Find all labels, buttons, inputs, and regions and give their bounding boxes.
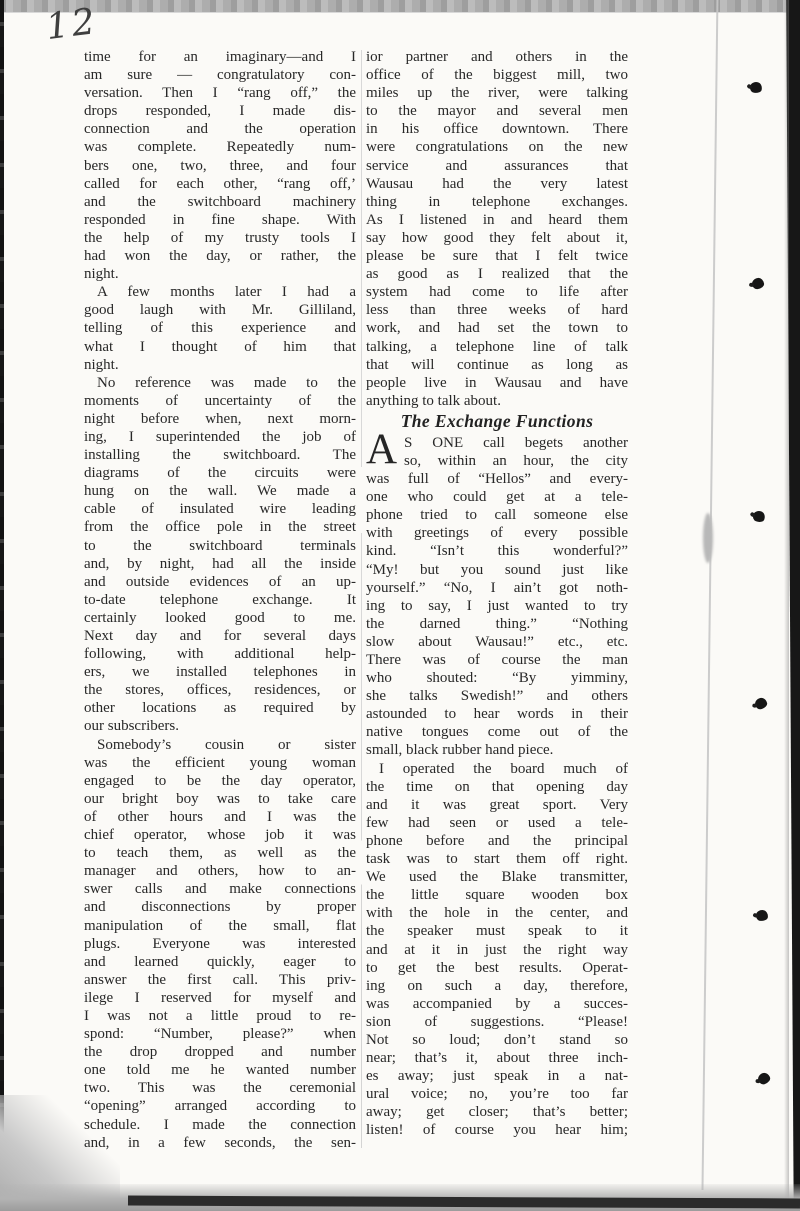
text-line: were congratulations on the new (366, 138, 628, 156)
text-line: es away; just speak in a nat- (366, 1067, 628, 1085)
text-line: what I thought of him that (84, 338, 356, 356)
text-line: with the hole in the center, and (366, 904, 628, 922)
text-line: few had seen or used a tele- (366, 814, 628, 832)
text-line: say how good they felt about it, (366, 229, 628, 247)
text-line: good laugh with Mr. Gilliland, (84, 301, 356, 319)
text-line: following, with additional help- (84, 645, 356, 663)
text-line: she talks Swedish!” and others (366, 687, 628, 705)
text-line: manipulation of the small, flat (84, 917, 356, 935)
text-line: and disconnections by proper (84, 898, 356, 916)
text-line: near; that’s it, about three inch- (366, 1049, 628, 1067)
text-line: please be sure that I felt twice (366, 247, 628, 265)
text-line: spond: “Number, please?” when (84, 1025, 356, 1043)
text-line: listen! of course you hear him; (366, 1121, 628, 1139)
text-line: manager and others, how to an- (84, 862, 356, 880)
drop-cap-letter: A (366, 433, 402, 467)
text-line: the stores, offices, residences, or (84, 681, 356, 699)
text-line: We used the Blake transmitter, (366, 868, 628, 886)
ink-spot (756, 909, 769, 921)
text-line: As I listened in and heard them (366, 211, 628, 229)
text-line: to-date telephone exchange. It (84, 591, 356, 609)
text-line: talking, a telephone line of talk (366, 338, 628, 356)
page-edge-smudge (703, 513, 713, 563)
text-line: ing on such a day, therefore, (366, 977, 628, 995)
text-line: one told me he wanted number (84, 1061, 356, 1079)
scanned-document-page: { "page": { "number": "12", "drop_cap": … (0, 0, 800, 1211)
right-text-column: A ior partner and others in theoffice of… (366, 48, 628, 1140)
scan-right-edge-shadow (784, 0, 789, 1211)
text-line: and, by night, had all the inside (84, 555, 356, 573)
text-line: night before when, next morn- (84, 410, 356, 428)
text-line: native tongues come out of the (366, 723, 628, 741)
text-line: one who could get at a tele- (366, 488, 628, 506)
text-line: had won the day, or rather, the (84, 247, 356, 265)
ink-spot (756, 1071, 771, 1085)
text-line: work, and had set the town to (366, 319, 628, 337)
text-line: that will continue as long as (366, 356, 628, 374)
text-line: task was to start them off right. (366, 850, 628, 868)
text-line: phone tried to call someone else (366, 506, 628, 524)
text-line: ers, we installed telephones in (84, 663, 356, 681)
text-line: miles up the river, were talking (366, 84, 628, 102)
text-line: so, within an hour, the city (366, 452, 628, 470)
text-line: certainly looked good to me. (84, 609, 356, 627)
text-line: Next day and for several days (84, 627, 356, 645)
text-line: I was not a little proud to re- (84, 1007, 356, 1025)
text-line: engaged to be the day operator, (84, 772, 356, 790)
text-line: ilege I reserved for myself and (84, 989, 356, 1007)
scan-left-edge-strip (0, 0, 4, 1211)
text-line: two. This was the ceremonial (84, 1079, 356, 1097)
text-line: No reference was made to the (84, 374, 356, 392)
text-line: to teach them, as well as the (84, 844, 356, 862)
text-line: diagrams of the circuits were (84, 464, 356, 482)
text-line: cable of insulated wire leading (84, 500, 356, 518)
text-line: plugs. Everyone was interested (84, 935, 356, 953)
text-line: from the office pole in the street (84, 518, 356, 536)
text-line: office of the biggest mill, two (366, 66, 628, 84)
text-line: kind. “Isn’t this wonderful?” (366, 542, 628, 560)
text-line: and it was great sport. Very (366, 796, 628, 814)
text-line: A few months later I had a (84, 283, 356, 301)
scan-top-edge-band (0, 0, 800, 13)
text-line: service and assurances that (366, 157, 628, 175)
text-line: in his office downtown. There (366, 120, 628, 138)
text-line: of other hours and I was the (84, 808, 356, 826)
text-line: our subscribers. (84, 717, 356, 735)
text-line: ing, I superintended the job of (84, 428, 356, 446)
text-line: and, in a few seconds, the sen- (84, 1134, 356, 1152)
text-line: schedule. I made the connection (84, 1116, 356, 1134)
ink-spot (751, 277, 764, 290)
ink-spot (754, 697, 768, 711)
text-line: the help of my trusty tools I (84, 229, 356, 247)
text-line: the drop dropped and number (84, 1043, 356, 1061)
text-line: to the switchboard terminals (84, 537, 356, 555)
text-line: There was of course the man (366, 651, 628, 669)
text-line: to get the best results. Operat- (366, 959, 628, 977)
text-line: the little square wooden box (366, 886, 628, 904)
text-line: and learned quickly, eager to (84, 953, 356, 971)
left-text-column: time for an imaginary—and Iam sure — con… (84, 48, 356, 1152)
text-line: was complete. Repeatedly num- (84, 138, 356, 156)
text-line: the time on that opening day (366, 778, 628, 796)
text-line: phone before and the principal (366, 832, 628, 850)
handwritten-page-number: 12 (44, 1, 100, 48)
text-line: thing in telephone exchanges. (366, 193, 628, 211)
text-line: who shouted: “By yimminy, (366, 669, 628, 687)
text-line: responded in fine shape. With (84, 211, 356, 229)
text-line: away; get closer; that’s better; (366, 1103, 628, 1121)
text-line: yourself.” “No, I ain’t got noth- (366, 579, 628, 597)
text-line: was the efficient young woman (84, 754, 356, 772)
ink-spot (749, 81, 763, 94)
text-line: Somebody’s cousin or sister (84, 736, 356, 754)
text-line: chief operator, whose job it was (84, 826, 356, 844)
text-line: and at it in just the right way (366, 941, 628, 959)
text-line: people live in Wausau and have (366, 374, 628, 392)
text-line: as good as I realized that the (366, 265, 628, 283)
section-heading: The Exchange Functions (366, 410, 628, 434)
text-line: time for an imaginary—and I (84, 48, 356, 66)
text-line: swer calls and make connections (84, 880, 356, 898)
text-line: our bright boy was to take care (84, 790, 356, 808)
text-line: “My! but you sound just like (366, 561, 628, 579)
text-line: am sure — congratulatory con- (84, 66, 356, 84)
text-line: drops responded, I made dis- (84, 102, 356, 120)
text-line: ior partner and others in the (366, 48, 628, 66)
text-line: night. (84, 265, 356, 283)
text-line: and the switchboard machinery (84, 193, 356, 211)
text-line: was accompanied by a succes- (366, 995, 628, 1013)
text-line: called for each other, “rang off,’ (84, 175, 356, 193)
column-divider-rule (361, 50, 362, 1148)
text-line: moments of uncertainty of the (84, 392, 356, 410)
text-line: S ONE call begets another (366, 434, 628, 452)
text-line: installing the switchboard. The (84, 446, 356, 464)
text-line: sion of suggestions. “Please! (366, 1013, 628, 1031)
text-line: slow about Wausau!” etc., etc. (366, 633, 628, 651)
ink-spot (751, 509, 766, 523)
text-line: versation. Then I “rang off,” the (84, 84, 356, 102)
text-line: other locations as required by (84, 699, 356, 717)
text-line: the darned thing.” “Nothing (366, 615, 628, 633)
text-line: less than three weeks of hard (366, 301, 628, 319)
text-line: Not so loud; don’t stand so (366, 1031, 628, 1049)
text-line: answer the first call. This priv- (84, 971, 356, 989)
text-line: anything to talk about. (366, 392, 628, 410)
text-line: bers one, two, three, and four (84, 157, 356, 175)
text-line: the speaker must speak to it (366, 922, 628, 940)
text-line: telling of this experience and (84, 319, 356, 337)
text-line: hung on the wall. We made a (84, 482, 356, 500)
text-line: ural voice; no, you’re too far (366, 1085, 628, 1103)
text-line: astounded to hear words in their (366, 705, 628, 723)
text-line: system had come to life after (366, 283, 628, 301)
text-line: and outside evidences of an up- (84, 573, 356, 591)
text-line: Wausau had the very latest (366, 175, 628, 193)
page-edge-line (701, 0, 718, 1190)
text-line: ing to say, I just wanted to try (366, 597, 628, 615)
text-line: night. (84, 356, 356, 374)
text-line: with greetings of every possible (366, 524, 628, 542)
text-line: was full of “Hellos” and every- (366, 470, 628, 488)
text-line: “opening” arranged according to (84, 1097, 356, 1115)
text-line: connection and the operation (84, 120, 356, 138)
text-line: to the mayor and several men (366, 102, 628, 120)
text-line: small, black rubber hand piece. (366, 741, 628, 759)
text-line: I operated the board much of (366, 760, 628, 778)
